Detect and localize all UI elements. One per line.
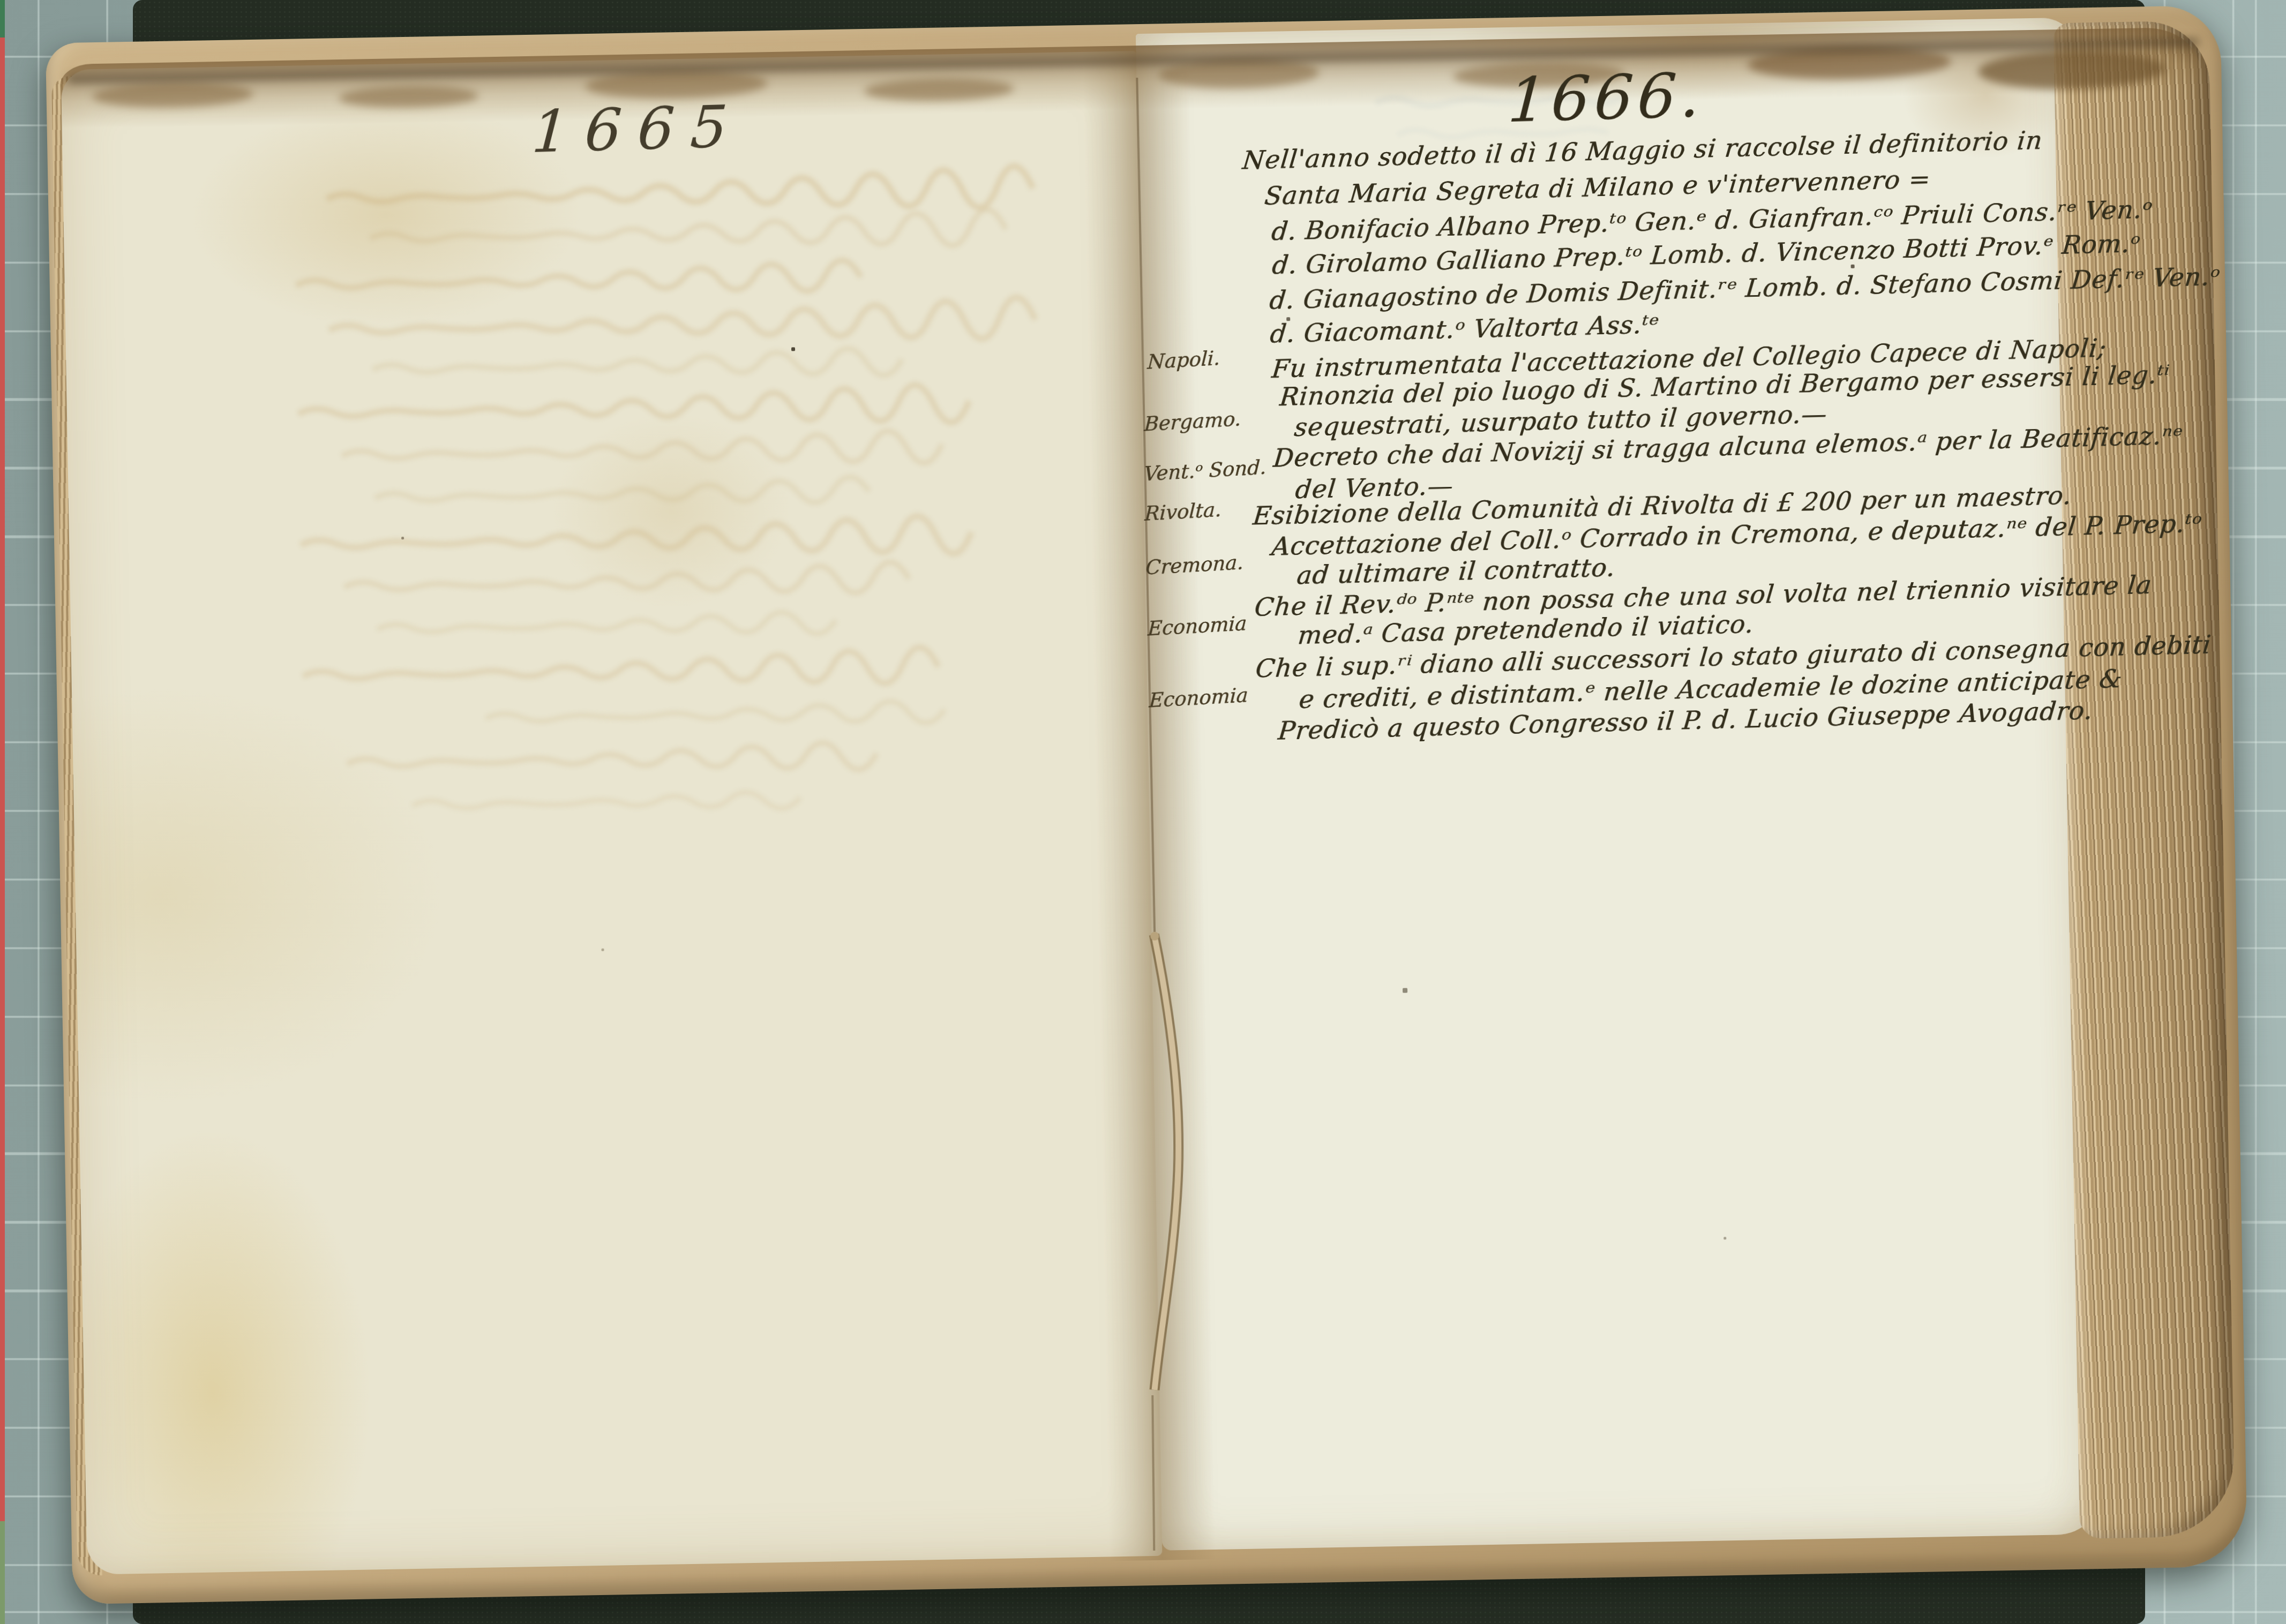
margin-note-napoli: Napoli. [1147, 348, 1220, 372]
folio-year-right: 1666. [1506, 59, 1706, 137]
mat-left-red-edge [0, 0, 5, 1624]
left-page [61, 51, 1163, 1575]
stain-blob [1978, 49, 2166, 91]
margin-note-bergamo: Bergamo. [1144, 409, 1242, 434]
stain-blob [864, 77, 1014, 102]
margin-note-cremona: Cremona. [1145, 552, 1243, 577]
margin-note-rivolta: Rivolta. [1144, 500, 1222, 524]
glass-plate-edge [2268, 0, 2286, 1624]
foxing-specks [46, 43, 46, 44]
manuscript-book: 1665 1666. Nell'anno sodetto il dì 16 Ma… [46, 5, 2247, 1604]
folio-year-left: 1665 [530, 93, 745, 166]
margin-note-economia-2: Economia [1149, 685, 1249, 710]
margin-note-economia-1: Economia [1147, 613, 1247, 638]
stain-blob [92, 81, 253, 109]
stain-blob [339, 85, 478, 109]
photograph-of-manuscript: 1665 1666. Nell'anno sodetto il dì 16 Ma… [0, 0, 2286, 1624]
